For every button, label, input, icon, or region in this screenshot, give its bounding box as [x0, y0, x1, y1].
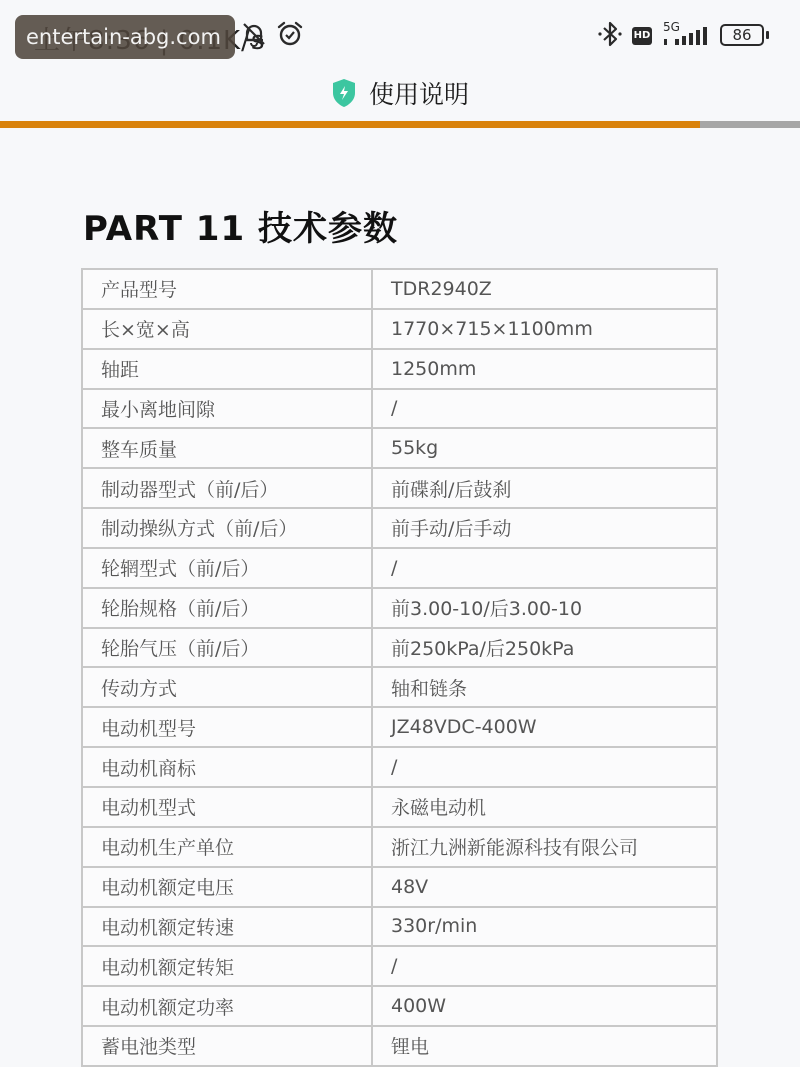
table-row: 电动机型式永磁电动机	[82, 787, 717, 827]
bluetooth-icon	[597, 20, 623, 48]
signal-strength-icon	[662, 27, 712, 47]
spec-label: 电动机生产单位	[82, 827, 372, 867]
spec-value: 330r/min	[372, 907, 717, 947]
bell-muted-icon	[240, 20, 268, 48]
page-title: 使用说明	[369, 75, 469, 111]
table-row: 电动机额定功率400W	[82, 986, 717, 1026]
watermark: entertain-abg.com	[15, 15, 235, 59]
spec-label: 电动机额定转矩	[82, 946, 372, 986]
spec-value: JZ48VDC-400W	[372, 707, 717, 747]
table-row: 电动机生产单位浙江九洲新能源科技有限公司	[82, 827, 717, 867]
spec-value: 1250mm	[372, 349, 717, 389]
table-row: 电动机型号JZ48VDC-400W	[82, 707, 717, 747]
spec-value: /	[372, 389, 717, 429]
spec-value: 前手动/后手动	[372, 508, 717, 548]
spec-label: 蓄电池类型	[82, 1026, 372, 1066]
reading-progress-bar	[0, 121, 800, 128]
spec-label: 电动机额定功率	[82, 986, 372, 1026]
spec-label: 制动器型式（前/后）	[82, 468, 372, 508]
spec-label: 轮胎规格（前/后）	[82, 588, 372, 628]
spec-label: 电动机额定转速	[82, 907, 372, 947]
spec-value: TDR2940Z	[372, 269, 717, 309]
table-row: 制动操纵方式（前/后）前手动/后手动	[82, 508, 717, 548]
table-row: 轮胎规格（前/后）前3.00-10/后3.00-10	[82, 588, 717, 628]
spec-value: 轴和链条	[372, 667, 717, 707]
spec-label: 制动操纵方式（前/后）	[82, 508, 372, 548]
table-row: 电动机额定转矩/	[82, 946, 717, 986]
spec-label: 电动机型号	[82, 707, 372, 747]
spec-label: 轮辋型式（前/后）	[82, 548, 372, 588]
table-row: 电动机商标/	[82, 747, 717, 787]
spec-label: 电动机商标	[82, 747, 372, 787]
table-row: 轮胎气压（前/后）前250kPa/后250kPa	[82, 628, 717, 668]
spec-value: 1770×715×1100mm	[372, 309, 717, 349]
spec-table: 产品型号TDR2940Z长×宽×高1770×715×1100mm轴距1250mm…	[81, 268, 718, 1067]
spec-value: 前3.00-10/后3.00-10	[372, 588, 717, 628]
spec-label: 产品型号	[82, 269, 372, 309]
hd-icon: HD	[632, 27, 652, 45]
section-heading: PART 11 技术参数	[83, 201, 398, 250]
alarm-icon	[276, 20, 304, 48]
spec-value: 48V	[372, 867, 717, 907]
spec-label: 最小离地间隙	[82, 389, 372, 429]
spec-label: 传动方式	[82, 667, 372, 707]
spec-value: 浙江九洲新能源科技有限公司	[372, 827, 717, 867]
reading-progress-fill	[0, 121, 700, 128]
shield-lightning-icon	[331, 78, 357, 108]
table-row: 产品型号TDR2940Z	[82, 269, 717, 309]
spec-label: 轮胎气压（前/后）	[82, 628, 372, 668]
spec-value: 永磁电动机	[372, 787, 717, 827]
spec-value: /	[372, 747, 717, 787]
table-row: 最小离地间隙/	[82, 389, 717, 429]
table-row: 电动机额定电压48V	[82, 867, 717, 907]
table-row: 传动方式轴和链条	[82, 667, 717, 707]
battery-icon: 86	[720, 24, 764, 46]
spec-value: 前碟刹/后鼓刹	[372, 468, 717, 508]
table-row: 整车质量55kg	[82, 428, 717, 468]
spec-label: 长×宽×高	[82, 309, 372, 349]
spec-value: /	[372, 548, 717, 588]
spec-value: /	[372, 946, 717, 986]
spec-label: 整车质量	[82, 428, 372, 468]
table-row: 长×宽×高1770×715×1100mm	[82, 309, 717, 349]
table-row: 电动机额定转速330r/min	[82, 907, 717, 947]
spec-value: 前250kPa/后250kPa	[372, 628, 717, 668]
spec-value: 锂电	[372, 1026, 717, 1066]
table-row: 制动器型式（前/后）前碟刹/后鼓刹	[82, 468, 717, 508]
spec-value: 400W	[372, 986, 717, 1026]
table-row: 蓄电池类型锂电	[82, 1026, 717, 1066]
spec-label: 轴距	[82, 349, 372, 389]
status-bar: 上午8:36 | 0.1K/s entertain-abg.com HD 5G …	[0, 0, 800, 66]
table-row: 轴距1250mm	[82, 349, 717, 389]
spec-label: 电动机型式	[82, 787, 372, 827]
spec-label: 电动机额定电压	[82, 867, 372, 907]
table-row: 轮辋型式（前/后）/	[82, 548, 717, 588]
spec-value: 55kg	[372, 428, 717, 468]
battery-tip	[766, 31, 769, 39]
title-bar: 使用说明	[0, 66, 800, 120]
